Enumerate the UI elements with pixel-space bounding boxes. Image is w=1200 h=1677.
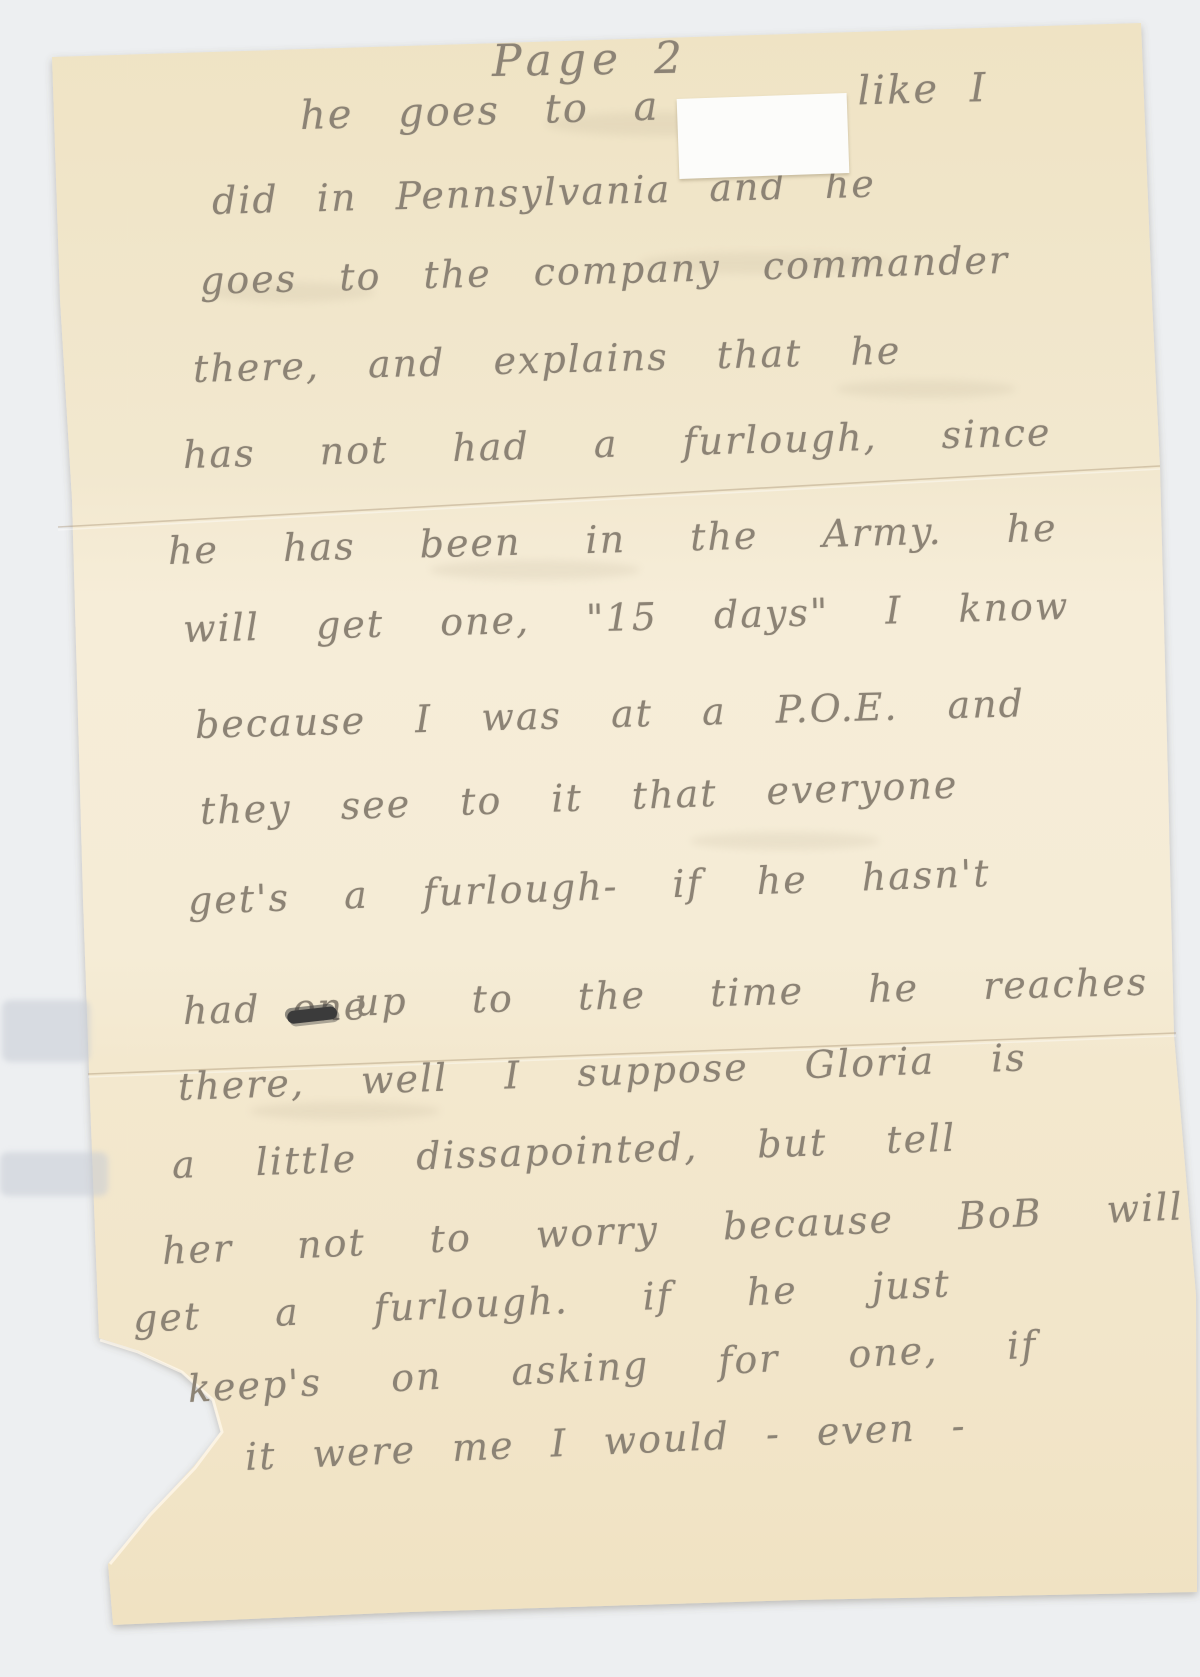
page-number-heading: Page 2 [492, 37, 689, 84]
bleed-through-ghost [690, 832, 880, 850]
handwritten-line: had oneup to the time he reaches [183, 987, 369, 1030]
background-bleed-mark [2, 1000, 90, 1062]
bleed-through-ghost [836, 380, 1016, 398]
handwritten-text: like I [857, 68, 988, 111]
handwritten-line: he goes to alike I [299, 87, 659, 136]
background-bleed-mark [0, 1152, 108, 1196]
scanned-letter-page: Page 2 he goes to alike Idid in Pennsylv… [0, 0, 1200, 1677]
paste-over-patch [677, 93, 850, 179]
handwritten-text: he goes to a [299, 84, 660, 139]
handwritten-text: had one [182, 984, 368, 1033]
